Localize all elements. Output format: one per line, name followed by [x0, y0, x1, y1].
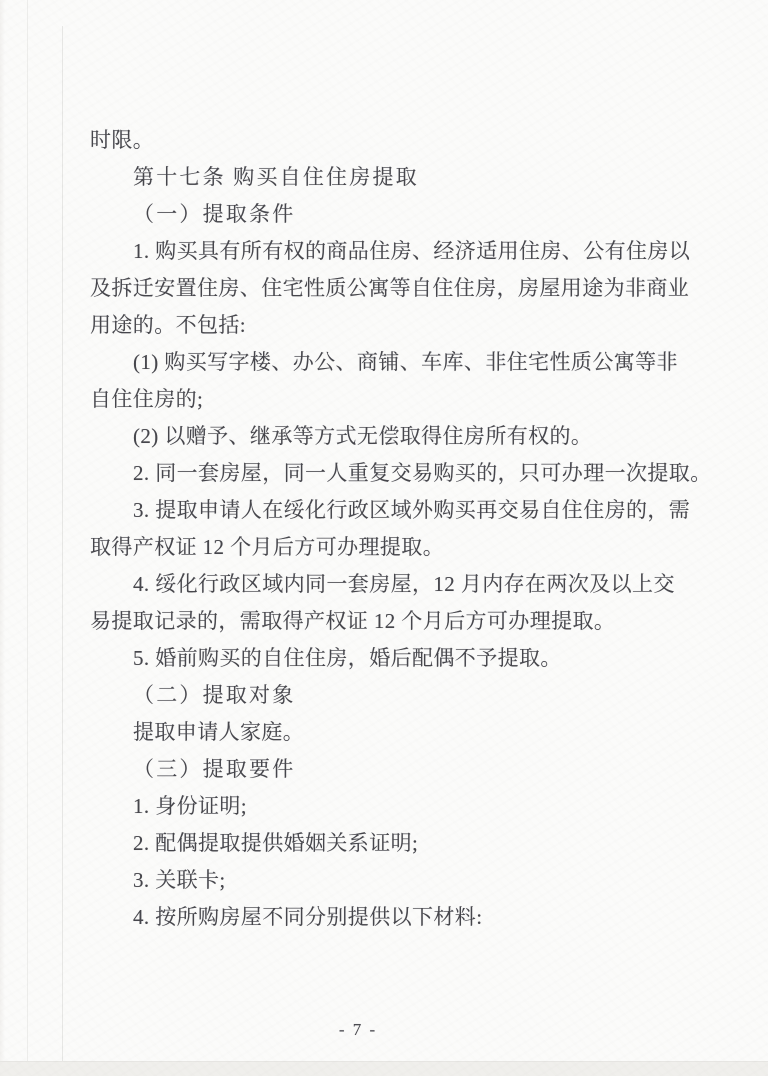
page-number: - 7 - [339, 1020, 377, 1039]
text-line: (1) 购买写字楼、办公、商铺、车库、非住宅性质公寓等非 [90, 344, 690, 381]
text-line: 取得产权证 12 个月后方可办理提取。 [90, 529, 690, 566]
text-line: 4. 绥化行政区域内同一套房屋，12 月内存在两次及以上交 [90, 566, 690, 603]
text-line: 用途的。不包括: [90, 307, 690, 344]
text-line: 1. 身份证明; [90, 788, 690, 825]
text-line: (2) 以赠予、继承等方式无偿取得住房所有权的。 [90, 418, 690, 455]
scan-page-edge-line-inner [62, 26, 63, 1068]
text-line: 2. 同一套房屋，同一人重复交易购买的，只可办理一次提取。 [90, 455, 690, 492]
text-line: 5. 婚前购买的自住住房，婚后配偶不予提取。 [90, 640, 690, 677]
scan-bottom-shade [0, 1061, 768, 1076]
scan-left-shade [0, 0, 5, 1076]
section-heading-documents: （三）提取要件 [90, 751, 690, 788]
text-line: 及拆迁安置住房、住宅性质公寓等自住住房，房屋用途为非商业 [90, 270, 690, 307]
page-footer: - 7 - [60, 1018, 656, 1042]
section-heading-target: （二）提取对象 [90, 677, 690, 714]
text-line: 1. 购买具有所有权的商品住房、经济适用住房、公有住房以 [90, 233, 690, 270]
text-line: 4. 按所购房屋不同分别提供以下材料: [90, 899, 690, 936]
text-line: 3. 关联卡; [90, 862, 690, 899]
section-heading-conditions: （一）提取条件 [90, 196, 690, 233]
scan-page-edge-line-outer [27, 0, 28, 1068]
text-line: 自住住房的; [90, 381, 690, 418]
text-line-carryover: 时限。 [90, 122, 690, 159]
article-heading: 第十七条 购买自住住房提取 [90, 159, 690, 196]
text-line: 2. 配偶提取提供婚姻关系证明; [90, 825, 690, 862]
text-line: 3. 提取申请人在绥化行政区域外购买再交易自住住房的，需 [90, 492, 690, 529]
scanned-document-page: 时限。 第十七条 购买自住住房提取 （一）提取条件 1. 购买具有所有权的商品住… [0, 0, 768, 1076]
text-line: 提取申请人家庭。 [90, 714, 690, 751]
document-text-block: 时限。 第十七条 购买自住住房提取 （一）提取条件 1. 购买具有所有权的商品住… [90, 122, 690, 936]
text-line: 易提取记录的，需取得产权证 12 个月后方可办理提取。 [90, 603, 690, 640]
